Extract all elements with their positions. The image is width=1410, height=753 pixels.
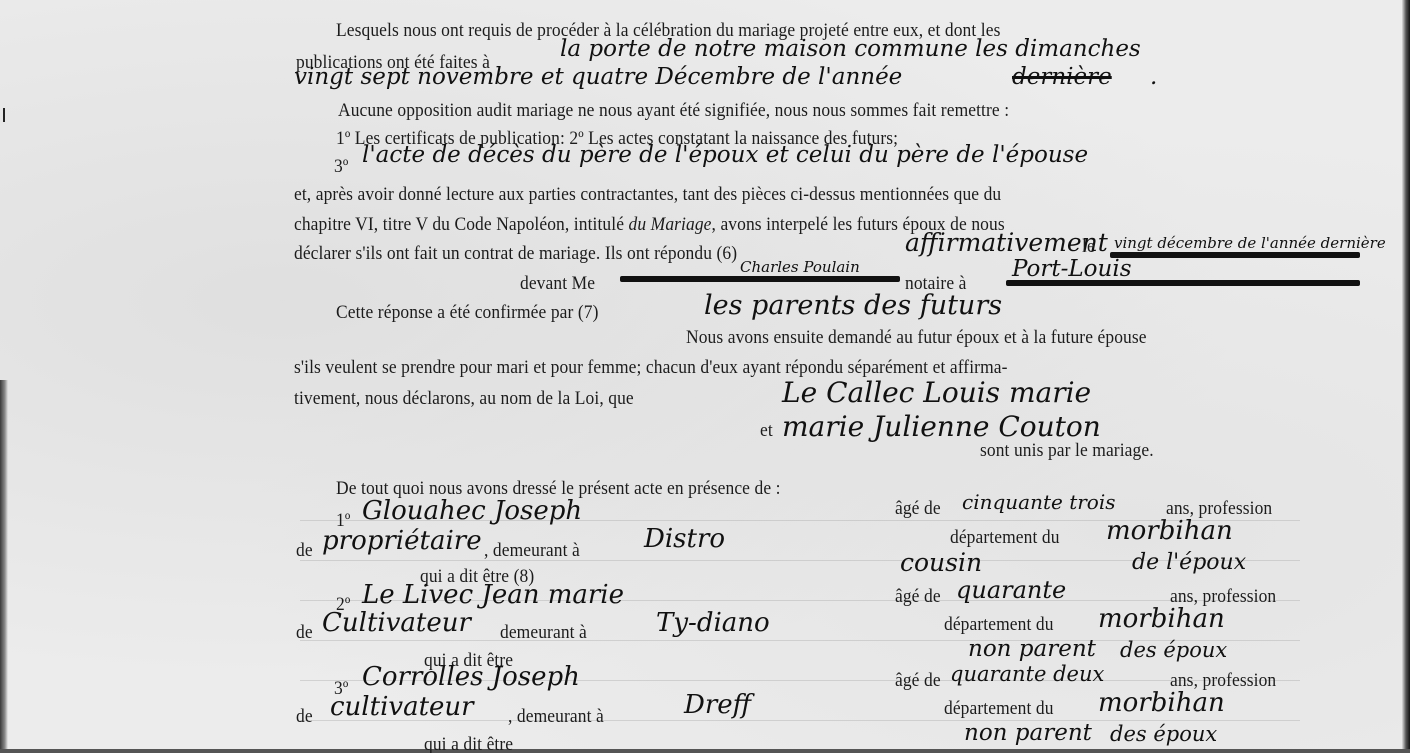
witness-name: Glouahec Joseph (362, 496, 582, 526)
witness-departement: morbihan (1106, 516, 1233, 546)
handwritten-publication-dates: vingt sept novembre et quatre Décembre d… (294, 64, 902, 90)
binding-shadow-left (0, 380, 8, 753)
demeurant-label: , demeurant à (508, 706, 604, 728)
age-label: âgé de (895, 586, 941, 608)
binding-shadow-right (1402, 0, 1410, 753)
witness-relation-suffix: des époux (1110, 722, 1217, 746)
handwritten-notary-place: Port-Louis (1012, 256, 1132, 282)
printed-line: chapitre VI, titre V du Code Napoléon, i… (294, 214, 1005, 236)
witness-name: Corrolles Joseph (362, 662, 580, 692)
witness-profession: propriétaire (322, 526, 482, 556)
printed-line: Nous avons ensuite demandé au futur épou… (686, 327, 1147, 349)
handwritten-confirmers: les parents des futurs (704, 290, 1002, 321)
printed-de: de (296, 706, 313, 728)
witness-relation-suffix: des époux (1120, 638, 1227, 662)
printed-closing: sont unis par le mariage. (980, 440, 1154, 462)
italic-title: du Mariage (629, 214, 712, 235)
witness-profession: cultivateur (330, 692, 474, 722)
witness-relation: non parent (964, 720, 1092, 746)
handwritten-publication-place: la porte de notre maison commune les dim… (560, 36, 1141, 62)
witness-name: Le Livec Jean marie (362, 580, 624, 610)
printed-de: de (296, 622, 313, 644)
witness-relation-suffix: de l'époux (1132, 550, 1246, 575)
printed-de: de (296, 540, 313, 562)
departement-label: département du (950, 527, 1060, 549)
demeurant-label: demeurant à (500, 622, 587, 644)
handwritten-contract-date: vingt décembre de l'année dernière (1114, 234, 1386, 252)
witness-relation: cousin (900, 548, 982, 577)
printed-line: et, après avoir donné lecture aux partie… (294, 184, 1001, 206)
handwritten-notary-name: Charles Poulain (740, 258, 860, 276)
scanned-document-page: Lesquels nous ont requis de procéder à l… (0, 0, 1410, 753)
strike-bar (620, 276, 900, 282)
bride-name: marie Julienne Couton (782, 410, 1101, 443)
printed-line: tivement, nous déclarons, au nom de la L… (294, 388, 634, 410)
page-bottom-edge (0, 749, 1410, 753)
departement-label: département du (944, 614, 1054, 636)
witness-residence: Ty-diano (656, 608, 770, 638)
printed-le: le (1082, 236, 1095, 258)
qui-a-dit: qui a dit être (424, 734, 513, 753)
witness-departement: morbihan (1098, 688, 1225, 718)
printed-devant: devant Me (520, 273, 595, 295)
strike-bar (1006, 280, 1360, 286)
strike-bar (1110, 252, 1360, 258)
printed-line: Cette réponse a été confirmée par (7) (336, 302, 599, 324)
item-number: 3º (334, 156, 348, 178)
handwritten-struck-word: dernière (1012, 64, 1112, 90)
printed-line: déclarer s'ils ont fait un contrat de ma… (294, 243, 737, 265)
printed-et: et (760, 420, 773, 442)
printed-line: Aucune opposition audit mariage ne nous … (338, 100, 1009, 122)
handwritten-answer: affirmativement (905, 228, 1108, 257)
age-label: âgé de (895, 670, 941, 692)
witness-residence: Distro (644, 524, 725, 554)
text: chapitre VI, titre V du Code Napoléon, i… (294, 214, 624, 235)
witness-residence: Dreff (684, 690, 751, 720)
witness-age: quarante (956, 576, 1066, 604)
demeurant-label: , demeurant à (484, 540, 580, 562)
witness-age: quarante deux (950, 662, 1104, 686)
witness-relation: non parent (968, 636, 1096, 662)
margin-mark (3, 108, 5, 122)
witness-departement: morbihan (1098, 604, 1225, 634)
period: . (1150, 64, 1157, 90)
handwritten-documents: l'acte de décès du père de l'époux et ce… (362, 142, 1088, 168)
departement-label: département du (944, 698, 1054, 720)
groom-name: Le Callec Louis marie (782, 376, 1091, 409)
witness-age: cinquante trois (962, 490, 1116, 514)
age-label: âgé de (895, 498, 941, 520)
witness-profession: Cultivateur (322, 608, 471, 638)
